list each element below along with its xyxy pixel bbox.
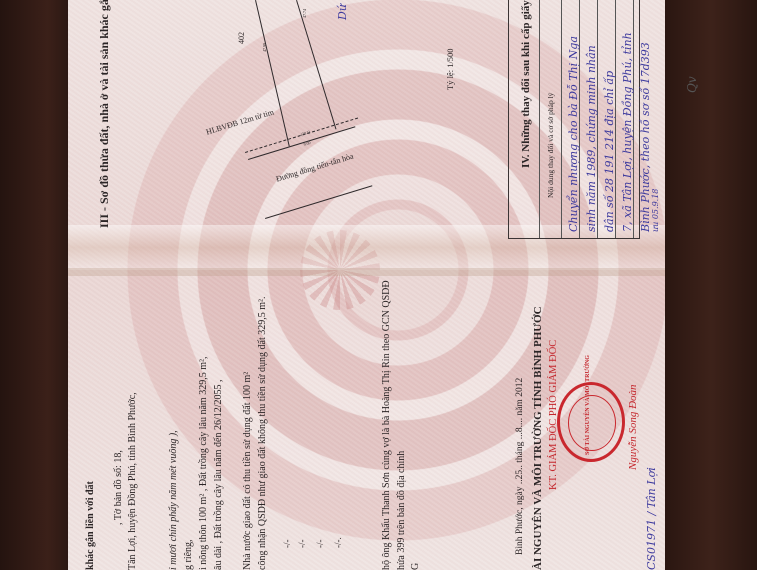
- change-entry-line-4: 7, xã Tân Lợi, huyện Đồng Phú, tỉnh: [621, 32, 634, 232]
- table-surface-left: [0, 0, 68, 570]
- land-origin-2: công nhận QSDĐ như giao đất không thu ti…: [257, 296, 268, 570]
- official-seal: [557, 382, 625, 462]
- parcel-address: Tân Lợi, huyện Đồng Phú, tỉnh Bình Phước…: [127, 392, 138, 570]
- change-entry-date: ưu 05.9.18: [651, 189, 660, 232]
- signer-name: Nguyễn Song Đoàn: [627, 384, 639, 470]
- registry-number: CS01971 / Tân Lợi: [645, 467, 658, 570]
- officer-initials: Qv: [685, 76, 699, 93]
- page-fold-crease: [68, 268, 665, 276]
- edge-length-left: 47.99: [262, 43, 267, 52]
- place-and-date: Bình Phước, ngày ..25.. tháng ...8.... n…: [515, 378, 525, 555]
- change-entry-line-2: sinh năm 1989, chứng minh nhân: [585, 45, 598, 232]
- land-origin-1: Nhà nước giao đất có thu tiền sử dụng đấ…: [242, 372, 253, 570]
- handwritten-mark: Dứ: [336, 4, 349, 20]
- area-in-words: i mươi chín phẩy năm mét vuông ),: [168, 430, 179, 570]
- section-3-title: III - Sơ đồ thửa đất, nhà ở và tài sản k…: [97, 0, 112, 228]
- section-1-heading-fragment: khác gắn liền với đất: [85, 481, 96, 570]
- dash-mark-3: -/-: [315, 540, 325, 549]
- issuing-authority: ÀI NGUYÊN VÀ MÔI TRƯỜNG TỈNH BÌNH PHƯỚC: [532, 306, 544, 570]
- dash-mark-2: -/-: [297, 540, 307, 549]
- changes-column-header: Nội dung thay đổi và cơ sở pháp lý: [546, 93, 555, 198]
- transfer-note-3: G: [410, 563, 421, 570]
- dash-mark-1: -/-: [282, 540, 292, 549]
- table-surface-right: [665, 0, 757, 570]
- use-duration: âu dài , Đất trồng cây lâu năm đến 26/12…: [213, 379, 224, 570]
- transfer-note-2: hửa 399 trên bản đồ địa chính: [396, 451, 407, 570]
- land-types: i nông thôn 100 m² , Đất trồng cây lâu n…: [198, 357, 209, 570]
- map-sheet-number: , Tờ bản đồ số: 18,: [113, 450, 124, 525]
- change-entry-line-3: dân số 28 191 214 địa chỉ ấp: [603, 71, 616, 232]
- section-4-title: IV. Những thay đổi sau khi cấp giấy: [520, 0, 532, 168]
- dash-mark-4: -/-.: [333, 537, 343, 548]
- change-entry-line-1: Chuyển nhượng cho bà Đỗ Thị Nga: [567, 36, 580, 232]
- edge-length-right: 47.74: [302, 9, 307, 18]
- adjacent-plot-number: 402: [237, 32, 246, 44]
- use-form: g riêng,: [183, 539, 194, 570]
- seal-text: SỞ TÀI NGUYÊN VÀ MÔI TRƯỜNG: [585, 355, 591, 455]
- transfer-note-1: hộ ông Khẩu Thanh Sơn cùng vợ là bà Hoàn…: [381, 280, 392, 570]
- map-scale: Tỷ lệ: 1/500: [445, 48, 455, 90]
